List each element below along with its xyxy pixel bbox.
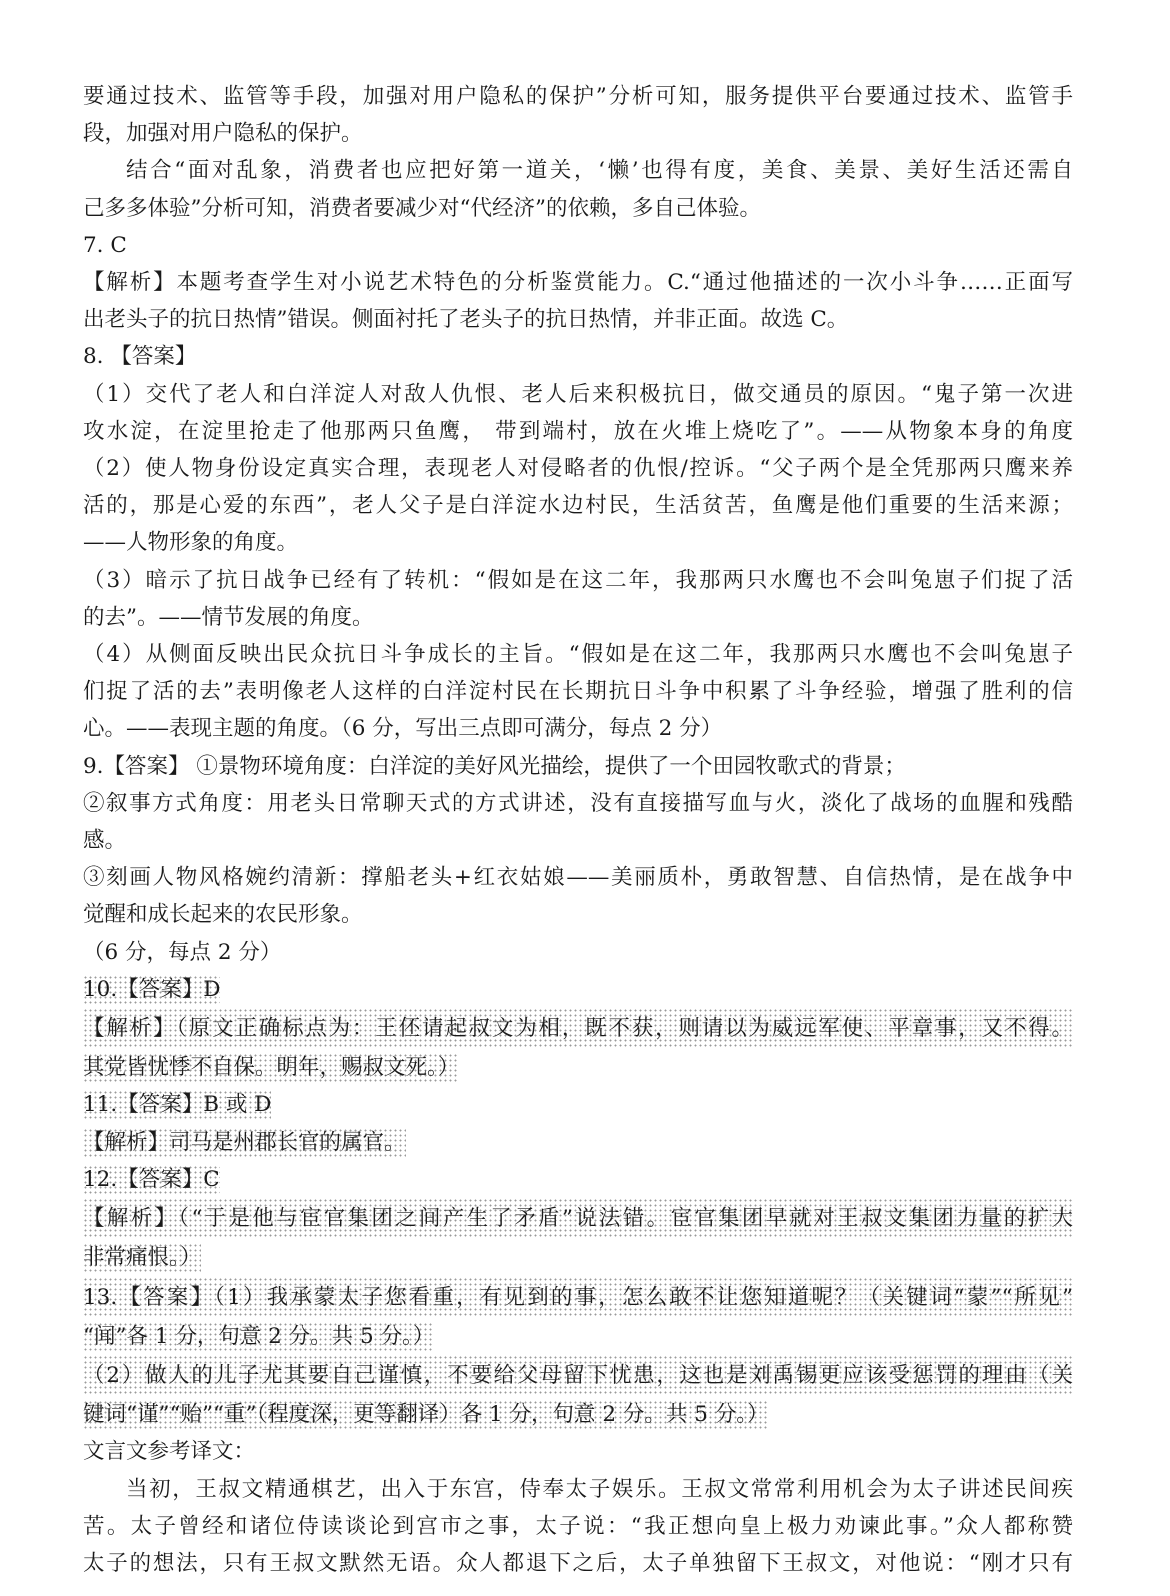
- line-text: （1）交代了老人和白洋淀人对敌人仇恨、老人后来积极抗日，做交通员的原因。“鬼子第…: [83, 376, 1073, 413]
- highlighted-text: 键词“谨”“贻”“重”（程度深，更等翻译）各 1 分，句意 2 分。共 5 分。…: [83, 1400, 769, 1429]
- text-line: 太子的想法，只有王叔文默然无语。众人都退下之后，太子单独留下王叔文，对他说：“刚…: [83, 1545, 1073, 1582]
- highlighted-text: 【解析】（“于是他与宦官集团之间产生了矛盾”说法错。宦官集团早就对王叔文集团力量…: [83, 1198, 1073, 1239]
- text-line: 段，加强对用户隐私的保护。: [83, 115, 1073, 152]
- text-line: ——人物形象的角度。: [83, 524, 1073, 561]
- text-line: “闻”各 1 分，句意 2 分。共 5 分。）: [83, 1318, 1073, 1355]
- text-line: （1）交代了老人和白洋淀人对敌人仇恨、老人后来积极抗日，做交通员的原因。“鬼子第…: [83, 376, 1073, 413]
- text-line: （6 分，每点 2 分）: [83, 934, 1073, 971]
- line-text: 己多多体验”分析可知，消费者要减少对“代经济”的依赖，多自己体验。: [83, 196, 761, 221]
- line-text: 们捉了活的去”表明像老人这样的白洋淀村民在长期抗日斗争中积累了斗争经验，增强了胜…: [83, 673, 1073, 710]
- highlighted-text: 11.【答案】B 或 D: [83, 1090, 271, 1119]
- highlighted-text: 【解析】（原文正确标点为：王伾请起叔文为相，既不获，则请以为威远军使、平章事，又…: [83, 1008, 1073, 1049]
- line-text: 活的，那是心爱的东西”，老人父子是白洋淀水边村民，生活贫苦，鱼鹰是他们重要的生活…: [83, 487, 1073, 524]
- line-text: 7. C: [83, 233, 127, 258]
- line-text: 9.【答案】 ①景物环境角度：白洋淀的美好风光描绘，提供了一个田园牧歌式的背景；: [83, 754, 906, 779]
- document-page: 要通过技术、监管等手段，加强对用户隐私的保护”分析可知，服务提供平台要通过技术、…: [83, 78, 1073, 1582]
- text-line: 己多多体验”分析可知，消费者要减少对“代经济”的依赖，多自己体验。: [83, 190, 1073, 227]
- line-text: 感。: [83, 828, 126, 853]
- text-line: 【解析】（原文正确标点为：王伾请起叔文为相，既不获，则请以为威远军使、平章事，又…: [83, 1008, 1073, 1049]
- text-line: 10.【答案】D: [83, 971, 1073, 1008]
- line-text: 觉醒和成长起来的农民形象。: [83, 902, 363, 927]
- text-line: 键词“谨”“贻”“重”（程度深，更等翻译）各 1 分，句意 2 分。共 5 分。…: [83, 1396, 1073, 1433]
- text-line: （4）从侧面反映出民众抗日斗争成长的主旨。“假如是在这二年，我那两只水鹰也不会叫…: [83, 636, 1073, 673]
- text-line: 8. 【答案】: [83, 338, 1073, 375]
- text-line: 攻水淀，在淀里抢走了他那两只鱼鹰， 带到端村，放在火堆上烧吃了”。——从物象本身…: [83, 413, 1073, 450]
- text-line: 12.【答案】C: [83, 1161, 1073, 1198]
- line-text: 段，加强对用户隐私的保护。: [83, 121, 363, 146]
- line-text: （3）暗示了抗日战争已经有了转机：“假如是在这二年，我那两只水鹰也不会叫兔崽子们…: [83, 562, 1073, 599]
- text-line: ②叙事方式角度：用老头日常聊天式的方式讲述，没有直接描写血与火，淡化了战场的血腥…: [83, 785, 1073, 822]
- text-line: 的去”。——情节发展的角度。: [83, 599, 1073, 636]
- line-text: 【解析】本题考查学生对小说艺术特色的分析鉴赏能力。C.“通过他描述的一次小斗争……: [83, 264, 1073, 301]
- text-line: 们捉了活的去”表明像老人这样的白洋淀村民在长期抗日斗争中积累了斗争经验，增强了胜…: [83, 673, 1073, 710]
- text-line: 其党皆忧悸不自保。明年，赐叔文死。）: [83, 1049, 1073, 1086]
- line-text: 要通过技术、监管等手段，加强对用户隐私的保护”分析可知，服务提供平台要通过技术、…: [83, 78, 1073, 115]
- line-text: 当初，王叔文精通棋艺，出入于东宫，侍奉太子娱乐。王叔文常常利用机会为太子讲述民间…: [126, 1471, 1073, 1508]
- text-line: 【解析】本题考查学生对小说艺术特色的分析鉴赏能力。C.“通过他描述的一次小斗争……: [83, 264, 1073, 301]
- line-text: 结合“面对乱象，消费者也应把好第一道关，‘懒’也得有度，美食、美景、美好生活还需…: [126, 152, 1073, 189]
- highlighted-text: “闻”各 1 分，句意 2 分。共 5 分。）: [83, 1322, 434, 1351]
- highlighted-text: 10.【答案】D: [83, 975, 220, 1004]
- text-line: 要通过技术、监管等手段，加强对用户隐私的保护”分析可知，服务提供平台要通过技术、…: [83, 78, 1073, 115]
- text-line: 7. C: [83, 227, 1073, 264]
- line-text: 文言文参考译文：: [83, 1439, 255, 1464]
- text-line: 非常痛恨。）: [83, 1239, 1073, 1276]
- text-line: 出老头子的抗日热情”错误。侧面衬托了老头子的抗日热情，并非正面。故选 C。: [83, 301, 1073, 338]
- line-text: 心。——表现主题的角度。（6 分，写出三点即可满分，每点 2 分）: [83, 716, 722, 741]
- highlighted-text: 13.【答案】（1）我承蒙太子您看重，有见到的事，怎么敢不让您知道呢？（关键词“…: [83, 1277, 1073, 1318]
- text-line: 觉醒和成长起来的农民形象。: [83, 896, 1073, 933]
- text-line: 心。——表现主题的角度。（6 分，写出三点即可满分，每点 2 分）: [83, 710, 1073, 747]
- highlighted-text: （2）做人的儿子尤其要自己谨慎，不要给父母留下忧患，这也是刘禹锡更应该受惩罚的理…: [83, 1355, 1073, 1396]
- line-text: （2）使人物身份设定真实合理，表现老人对侵略者的仇恨/控诉。“父子两个是全凭那两…: [83, 450, 1073, 487]
- highlighted-text: 其党皆忧悸不自保。明年，赐叔文死。）: [83, 1053, 459, 1082]
- line-text: 8. 【答案】: [83, 344, 196, 369]
- text-line: 感。: [83, 822, 1073, 859]
- text-line: （3）暗示了抗日战争已经有了转机：“假如是在这二年，我那两只水鹰也不会叫兔崽子们…: [83, 562, 1073, 599]
- text-line: 当初，王叔文精通棋艺，出入于东宫，侍奉太子娱乐。王叔文常常利用机会为太子讲述民间…: [83, 1471, 1073, 1508]
- line-text: 出老头子的抗日热情”错误。侧面衬托了老头子的抗日热情，并非正面。故选 C。: [83, 307, 848, 332]
- text-line: （2）使人物身份设定真实合理，表现老人对侵略者的仇恨/控诉。“父子两个是全凭那两…: [83, 450, 1073, 487]
- text-line: 【解析】（“于是他与宦官集团之间产生了矛盾”说法错。宦官集团早就对王叔文集团力量…: [83, 1198, 1073, 1239]
- text-line: 文言文参考译文：: [83, 1433, 1073, 1470]
- text-line: 活的，那是心爱的东西”，老人父子是白洋淀水边村民，生活贫苦，鱼鹰是他们重要的生活…: [83, 487, 1073, 524]
- text-line: 13.【答案】（1）我承蒙太子您看重，有见到的事，怎么敢不让您知道呢？（关键词“…: [83, 1277, 1073, 1318]
- text-line: 11.【答案】B 或 D: [83, 1086, 1073, 1123]
- text-line: 【解析】司马是州郡长官的属官。: [83, 1124, 1073, 1161]
- highlighted-text: 非常痛恨。）: [83, 1243, 201, 1272]
- line-text: （4）从侧面反映出民众抗日斗争成长的主旨。“假如是在这二年，我那两只水鹰也不会叫…: [83, 636, 1073, 673]
- line-text: ——人物形象的角度。: [83, 530, 298, 555]
- text-line: 结合“面对乱象，消费者也应把好第一道关，‘懒’也得有度，美食、美景、美好生活还需…: [83, 152, 1073, 189]
- line-text: ③刻画人物风格婉约清新：撑船老头+红衣姑娘——美丽质朴，勇敢智慧、自信热情，是在…: [83, 859, 1073, 896]
- text-line: 苦。太子曾经和诸位侍读谈论到宫市之事，太子说：“我正想向皇上极力劝谏此事。”众人…: [83, 1508, 1073, 1545]
- text-line: ③刻画人物风格婉约清新：撑船老头+红衣姑娘——美丽质朴，勇敢智慧、自信热情，是在…: [83, 859, 1073, 896]
- text-line: 9.【答案】 ①景物环境角度：白洋淀的美好风光描绘，提供了一个田园牧歌式的背景；: [83, 748, 1073, 785]
- line-text: 苦。太子曾经和诸位侍读谈论到宫市之事，太子说：“我正想向皇上极力劝谏此事。”众人…: [83, 1508, 1073, 1545]
- text-line: （2）做人的儿子尤其要自己谨慎，不要给父母留下忧患，这也是刘禹锡更应该受惩罚的理…: [83, 1355, 1073, 1396]
- line-text: ②叙事方式角度：用老头日常聊天式的方式讲述，没有直接描写血与火，淡化了战场的血腥…: [83, 785, 1073, 822]
- line-text: （6 分，每点 2 分）: [83, 940, 281, 965]
- line-text: 太子的想法，只有王叔文默然无语。众人都退下之后，太子单独留下王叔文，对他说：“刚…: [83, 1545, 1073, 1582]
- line-text: 的去”。——情节发展的角度。: [83, 605, 374, 630]
- line-text: 攻水淀，在淀里抢走了他那两只鱼鹰， 带到端村，放在火堆上烧吃了”。——从物象本身…: [83, 413, 1073, 450]
- highlighted-text: 12.【答案】C: [83, 1165, 220, 1194]
- highlighted-text: 【解析】司马是州郡长官的属官。: [83, 1128, 406, 1157]
